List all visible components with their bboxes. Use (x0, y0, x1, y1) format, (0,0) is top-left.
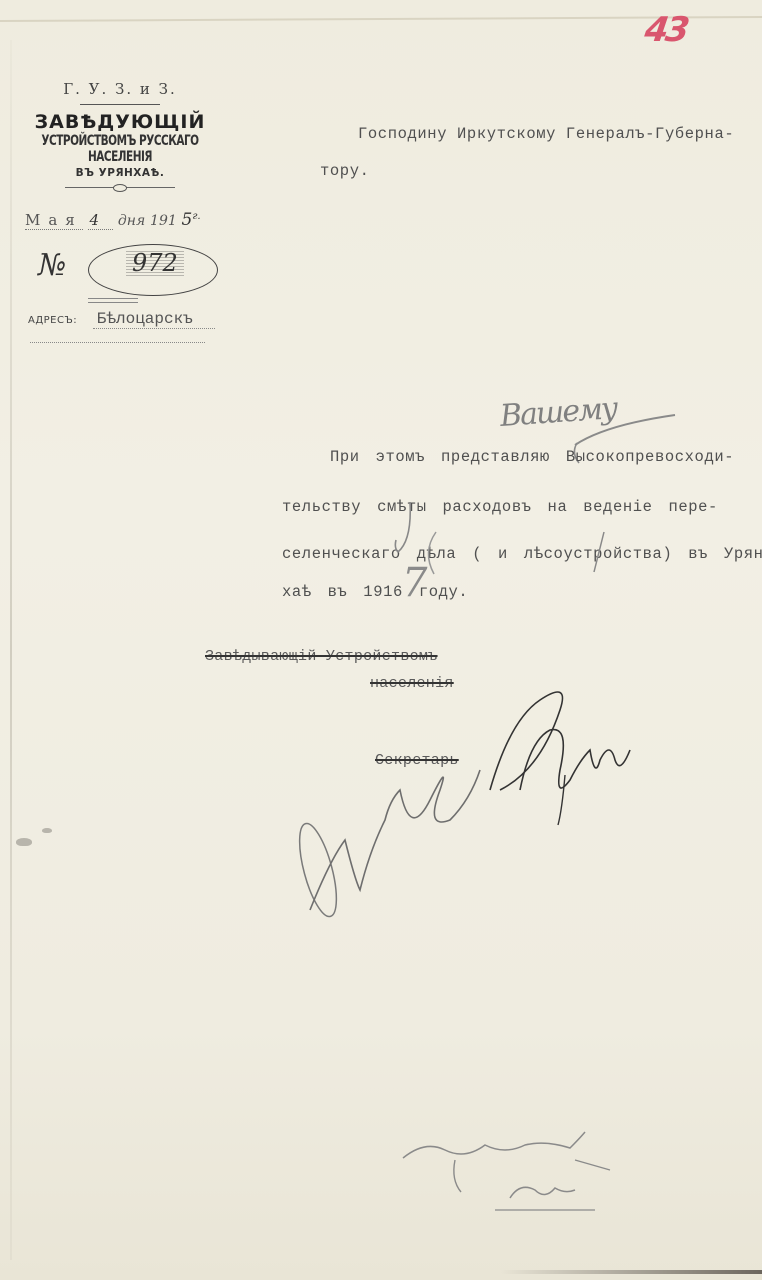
letterhead: Г. У. З. и З. ЗАВѢДУЮЩІЙ УСТРОЙСТВОМЪ РУ… (10, 80, 230, 188)
body-line-3: селенческаго дѣла ( и лѣсоустройства) въ… (282, 545, 762, 563)
outgoing-number: 972 (126, 249, 184, 277)
letterhead-subtitle: УСТРОЙСТВОМЪ РУССКАГО НАСЕЛЕНІЯ (10, 133, 230, 165)
archive-sheet-number: 43 (642, 10, 689, 50)
letterhead-rule (80, 104, 160, 105)
document-page: 43 Г. У. З. и З. ЗАВѢДУЮЩІЙ УСТРОЙСТВОМЪ… (0, 0, 762, 1280)
body-line-1: При этомъ представляю Высокопревосходи- (330, 448, 734, 466)
date-day: 4 (88, 211, 114, 230)
date-line: Мая 4 дня 191 5г. (25, 210, 225, 230)
pencil-bracket-close (590, 528, 610, 578)
year-correction: 7 (402, 560, 427, 606)
page-bottom-edge (500, 1270, 762, 1274)
date-label: дня (118, 213, 145, 229)
letterhead-title: ЗАВѢДУЮЩІЙ (10, 111, 230, 133)
letterhead-abbreviation: Г. У. З. и З. (10, 80, 230, 98)
date-month: Мая (25, 211, 83, 230)
address-value: Бѣлоцарскъ (93, 310, 215, 329)
date-year-suffix: 5 (182, 210, 193, 230)
date-year-mark: г. (192, 211, 200, 222)
official-signature (290, 760, 530, 930)
stamp-underline (88, 298, 138, 303)
page-binding-fold (10, 40, 12, 1260)
punch-hole (42, 828, 52, 833)
punch-hole (16, 838, 32, 846)
letterhead-ornament (65, 187, 175, 188)
addressee-line-2: тору. (320, 162, 370, 180)
struck-signatory-title-2: населенія (370, 675, 454, 692)
number-sign: № (38, 248, 66, 283)
letterhead-location: ВЪ УРЯНХАѢ. (10, 167, 230, 179)
pencil-mark-smety (390, 500, 420, 560)
addressee-line-1: Господину Иркутскому Генералъ-Губерна- (358, 125, 734, 143)
outgoing-number-stamp: № 972 (30, 242, 190, 292)
address-line: АДРЕСЪ: Бѣлоцарскъ (28, 310, 215, 328)
body-line-4: хаѣ въ 1916 году. (282, 583, 468, 601)
date-year-prefix: 191 (150, 213, 177, 229)
address-label: АДРЕСЪ: (28, 315, 77, 326)
body-line-2: тельству смѣты расходовъ на веденіе пере… (282, 498, 718, 516)
address-dotted-line (30, 342, 205, 343)
struck-signatory-title-1: Завѣдывающій Устройствомъ (205, 648, 438, 665)
